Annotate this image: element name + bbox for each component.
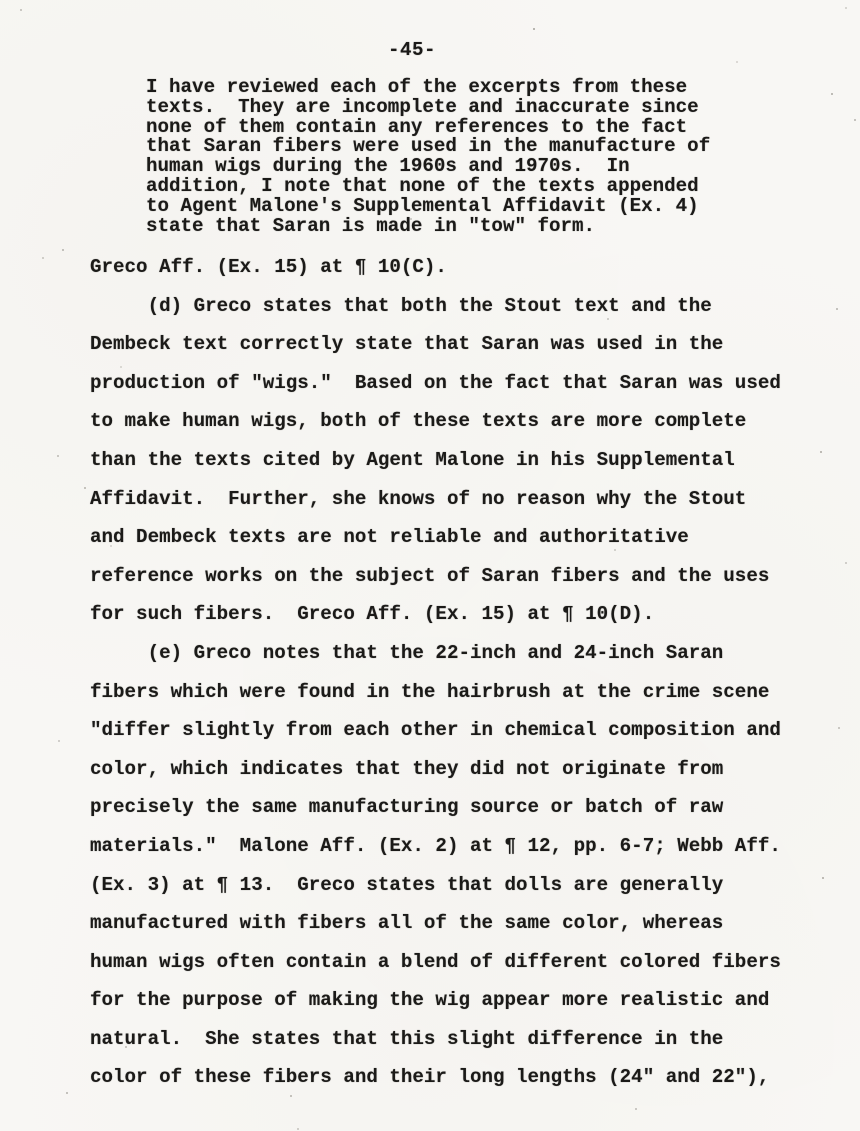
- body-line: for such fibers. Greco Aff. (Ex. 15) at …: [90, 595, 781, 634]
- body-line: Dembeck text correctly state that Saran …: [90, 325, 781, 364]
- scan-noise-speckles: [0, 0, 2, 2]
- body-line: color of these fibers and their long len…: [90, 1058, 781, 1097]
- citation-line: Greco Aff. (Ex. 15) at ¶ 10(C).: [90, 248, 781, 287]
- body-line: "differ slightly from each other in chem…: [90, 711, 781, 750]
- body-line: and Dembeck texts are not reliable and a…: [90, 518, 781, 557]
- body-line: reference works on the subject of Saran …: [90, 557, 781, 596]
- quote-line: state that Saran is made in "tow" form.: [146, 217, 710, 237]
- body-line: (d) Greco states that both the Stout tex…: [90, 287, 781, 326]
- quote-line: to Agent Malone's Supplemental Affidavit…: [146, 197, 710, 217]
- document-page: -45- I have reviewed each of the excerpt…: [0, 0, 860, 1131]
- body-line: (e) Greco notes that the 22-inch and 24-…: [90, 634, 781, 673]
- quote-line: I have reviewed each of the excerpts fro…: [146, 78, 710, 98]
- quote-line: human wigs during the 1960s and 1970s. I…: [146, 157, 710, 177]
- quote-line: addition, I note that none of the texts …: [146, 177, 710, 197]
- body-line: precisely the same manufacturing source …: [90, 788, 781, 827]
- body-line: color, which indicates that they did not…: [90, 750, 781, 789]
- body-line: than the texts cited by Agent Malone in …: [90, 441, 781, 480]
- body-line: human wigs often contain a blend of diff…: [90, 943, 781, 982]
- quote-line: texts. They are incomplete and inaccurat…: [146, 98, 710, 118]
- body-line: production of "wigs." Based on the fact …: [90, 364, 781, 403]
- page-number: -45-: [388, 39, 436, 61]
- block-quote: I have reviewed each of the excerpts fro…: [146, 78, 710, 236]
- body-text: Greco Aff. (Ex. 15) at ¶ 10(C). (d) Grec…: [90, 248, 781, 1097]
- body-line: Affidavit. Further, she knows of no reas…: [90, 480, 781, 519]
- body-line: manufactured with fibers all of the same…: [90, 904, 781, 943]
- body-line: to make human wigs, both of these texts …: [90, 402, 781, 441]
- body-line: for the purpose of making the wig appear…: [90, 981, 781, 1020]
- body-line: materials." Malone Aff. (Ex. 2) at ¶ 12,…: [90, 827, 781, 866]
- body-line: natural. She states that this slight dif…: [90, 1020, 781, 1059]
- body-line: fibers which were found in the hairbrush…: [90, 673, 781, 712]
- body-line: (Ex. 3) at ¶ 13. Greco states that dolls…: [90, 866, 781, 905]
